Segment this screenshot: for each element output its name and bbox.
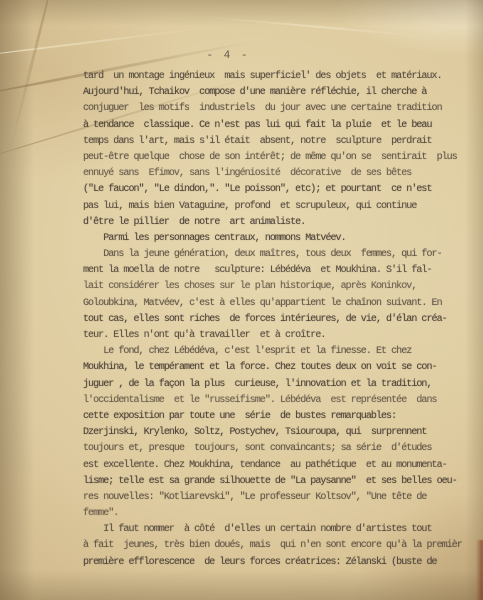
text-line: femme". xyxy=(83,506,469,522)
text-line: juguer , de la façon la plus curieuse, l… xyxy=(83,377,469,393)
right-edge-red-mark xyxy=(476,540,483,600)
page-edge-shadow-left xyxy=(0,0,34,600)
text-line: peut-être quelque chose de son intérêt; … xyxy=(83,150,469,166)
text-line: pas lui, mais bien Vataguine, profond et… xyxy=(83,199,469,215)
text-line: toujours et, presque toujours, sont conv… xyxy=(83,441,469,457)
text-line: ennuyé sans Efimov, sans l'ingéniosité d… xyxy=(83,166,469,182)
text-line: ment la moella de notre sculpture: Lébéd… xyxy=(83,263,469,279)
document-body: tard un montage ingénieux mais superfici… xyxy=(83,69,469,571)
text-line: Moukhina, le tempérament et la force. Ch… xyxy=(83,360,469,376)
paper-crease xyxy=(7,0,51,156)
text-line: temps dans l'art, mais s'il était absent… xyxy=(83,134,469,150)
text-line: lisme; telle est sa grande silhouette de… xyxy=(83,474,469,490)
text-line: Parmi les personnages centraux, nommons … xyxy=(83,231,469,247)
text-line: Le fond, chez Lébédéva, c'est l'esprit e… xyxy=(83,344,469,360)
text-line: première efflorescence de leurs forces c… xyxy=(83,555,469,571)
text-line: Il faut nommer à côté d'elles un certain… xyxy=(83,522,469,538)
text-line: Dzerjinski, Krylenko, Soltz, Postychev, … xyxy=(83,425,469,441)
text-line: Aujourd'hui, Tchaikov compose d'une mani… xyxy=(83,85,469,101)
text-line: d'être le pillier de notre art animalist… xyxy=(83,215,469,231)
paper-crease xyxy=(200,16,439,39)
page-edge-shadow-bottom xyxy=(0,570,483,600)
text-line: tard un montage ingénieux mais superfici… xyxy=(83,69,469,85)
text-line: à tendance classique. Ce n'est pas lui q… xyxy=(83,118,469,134)
typewritten-page: - 4 - tard un montage ingénieux mais sup… xyxy=(0,0,483,600)
page-number: - 4 - xyxy=(83,50,373,62)
text-line: Dans la jeune génération, deux maîtres, … xyxy=(83,247,469,263)
text-line: conjuguer les motifs industriels du jour… xyxy=(83,101,469,117)
scanned-document: - 4 - tard un montage ingénieux mais sup… xyxy=(0,0,483,600)
text-line: cette exposition par toute une série de … xyxy=(83,409,469,425)
text-line: est excellente. Chez Moukhina, tendance … xyxy=(83,458,469,474)
page-edge-shadow-top xyxy=(0,0,483,26)
text-line: lait considérer les choses sur le plan h… xyxy=(83,279,469,295)
text-line: res nouvelles: "Kotliarevski", "Le profe… xyxy=(83,490,469,506)
text-line: tout cas, elles sont riches de forces in… xyxy=(83,312,469,328)
text-line: l'occidentalisme et le "russeifisme". Lé… xyxy=(83,393,469,409)
text-line: teur. Elles n'ont qu'à travailler et à c… xyxy=(83,328,469,344)
text-line: ("Le faucon", "Le dindon,". "Le poisson"… xyxy=(83,182,469,198)
text-line: Goloubkina, Matvéev, c'est à elles qu'ap… xyxy=(83,296,469,312)
text-line: à fait jeunes, très bien doués, mais qui… xyxy=(83,538,469,554)
